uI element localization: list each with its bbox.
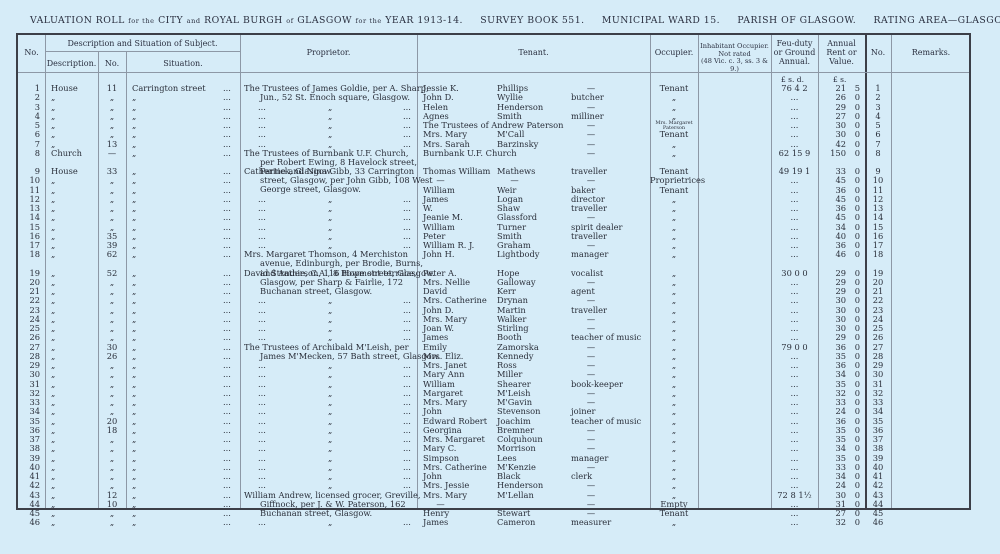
- occupier: „: [650, 213, 698, 222]
- tenant-first-name: Mrs. Jessie: [423, 481, 498, 490]
- entry-number: 2: [18, 93, 40, 102]
- rent-shillings: 0: [848, 149, 860, 158]
- tenant-trade: —: [571, 130, 611, 139]
- situation: „: [132, 463, 222, 472]
- leader-dots: ...: [223, 407, 231, 416]
- table-row: 41„„„JohnBlackclerk„...34041......„...: [18, 472, 973, 481]
- description: „: [51, 435, 96, 444]
- description: „: [51, 296, 96, 305]
- table-row: 44„10„——Empty...31044...: [18, 500, 973, 509]
- entry-number: 10: [18, 176, 40, 185]
- col-header-situation: Situation.: [126, 59, 240, 68]
- situation: „: [132, 176, 222, 185]
- rent-pounds: 24: [818, 407, 846, 416]
- col-header-proprietor: Proprietor.: [240, 48, 417, 57]
- col-header-occupier: Occupier.: [650, 48, 698, 57]
- rule: [18, 72, 969, 73]
- entry-number: 6: [18, 130, 40, 139]
- header-parish: PARISH OF GLASGOW.: [737, 15, 856, 26]
- header-ward: MUNICIPAL WARD 15.: [602, 15, 720, 26]
- occupier: Tenant: [650, 130, 698, 139]
- table-row: 45„„„HenryStewart—Tenant...27045...: [18, 509, 973, 518]
- description: „: [51, 176, 96, 185]
- leader-dots: ...: [258, 518, 266, 527]
- leader-dots: ...: [258, 481, 266, 490]
- occupier: „: [650, 333, 698, 342]
- occupier: „: [650, 296, 698, 305]
- header-word: GLASGOW: [297, 15, 352, 26]
- feu-duty: ...: [771, 93, 818, 102]
- table-row: 22„„„Mrs. CatherineDrynan—„...30022.....…: [18, 296, 973, 305]
- table-row: 11„„„WilliamWeirbakerTenant...36011...: [18, 186, 973, 195]
- rent-pounds: 45: [818, 213, 846, 222]
- tenant-trade: —: [571, 481, 611, 490]
- occupier: „: [650, 444, 698, 453]
- description: „: [51, 518, 96, 527]
- description: „: [51, 472, 96, 481]
- occupier: „: [650, 250, 698, 259]
- header-word: of: [286, 17, 294, 25]
- table-row: 23„„„John D.Martintraveller„...30023....…: [18, 306, 973, 315]
- rent-pounds: 45: [818, 176, 846, 185]
- col-header-feu-line: Feu-duty: [771, 39, 818, 48]
- rent-shillings: 0: [848, 93, 860, 102]
- entry-number-right: 10: [865, 176, 891, 185]
- col-header-no: No.: [18, 48, 45, 57]
- rent-shillings: 0: [848, 370, 860, 379]
- entry-number-right: 26: [865, 333, 891, 342]
- tenant-surname: M'Call: [497, 130, 567, 139]
- description: „: [51, 509, 96, 518]
- situation: „: [132, 130, 222, 139]
- table-row: 18„62„John H.Lightbodymanager„...46018..…: [18, 250, 973, 259]
- description: „: [51, 333, 96, 342]
- description: „: [51, 232, 96, 241]
- proprietor-ditto: „: [328, 333, 332, 342]
- tenant-first-name: John: [423, 407, 498, 416]
- description: „: [51, 241, 96, 250]
- col-header-street-no: No.: [98, 59, 126, 68]
- street-number: „: [100, 444, 124, 453]
- header-year: YEAR 1913-14.: [385, 15, 463, 26]
- proprietor-text: James M'Mecken, 57 Bath street, Glasgow.: [260, 352, 414, 361]
- street-number: „: [100, 407, 124, 416]
- tenant-first-name: Jeanie M.: [423, 213, 498, 222]
- description: House: [51, 84, 96, 93]
- rent-shillings: 0: [848, 213, 860, 222]
- description: „: [51, 444, 96, 453]
- table-row: 26„„„JamesBoothteacher of music„...29026…: [18, 333, 973, 342]
- leader-dots: ...: [223, 130, 231, 139]
- col-header-inhabitant: Inhabitant Occupier. Not rated (48 Vic. …: [698, 43, 771, 73]
- leader-dots: ...: [223, 176, 231, 185]
- leader-dots: ...: [223, 93, 231, 102]
- col-header-feu-line: Annual.: [771, 57, 818, 66]
- description: „: [51, 204, 96, 213]
- proprietor-text: Buchanan street, Glasgow.: [260, 509, 414, 518]
- entry-number-right: 30: [865, 370, 891, 379]
- description: „: [51, 491, 96, 500]
- col-header-remarks: Remarks.: [891, 48, 971, 57]
- situation: „: [132, 149, 222, 158]
- tenant-trade: clerk: [571, 472, 649, 481]
- situation: „: [132, 343, 222, 352]
- situation: „: [132, 324, 222, 333]
- tenant-first-name: John H.: [423, 250, 498, 259]
- tenant-trade: milliner: [571, 112, 649, 121]
- situation: „: [132, 407, 222, 416]
- header-word: CITY: [158, 15, 183, 26]
- feu-duty: ...: [771, 370, 818, 379]
- rent-shillings: 0: [848, 518, 860, 527]
- tenant-surname: —: [497, 176, 532, 185]
- description: House: [51, 167, 96, 176]
- tenant-surname: Drynan: [497, 296, 567, 305]
- situation: „: [132, 398, 222, 407]
- situation: „: [132, 140, 222, 149]
- situation: „: [132, 518, 222, 527]
- leader-dots: ...: [223, 296, 231, 305]
- description: „: [51, 269, 96, 278]
- situation: „: [132, 389, 222, 398]
- leader-dots: ...: [403, 518, 411, 527]
- street-number: „: [100, 93, 124, 102]
- tenant-trade: traveller: [571, 204, 649, 213]
- proprietor-ditto: „: [328, 370, 332, 379]
- description: „: [51, 186, 96, 195]
- table-row: 12„„„JamesLogandirector„...45012......„.…: [18, 195, 973, 204]
- description: „: [51, 93, 96, 102]
- rent-pounds: 26: [818, 93, 846, 102]
- feu-duty: ...: [771, 333, 818, 342]
- valuation-table: No. Description and Situation of Subject…: [16, 33, 971, 510]
- leader-dots: ...: [258, 130, 266, 139]
- feu-duty: ...: [771, 444, 818, 453]
- proprietor-text: Jun., 52 St. Enoch square, Glasgow.: [260, 93, 414, 102]
- table-row: 16„35„PeterSmithtraveller„...40016......…: [18, 232, 973, 241]
- tenant-trade: traveller: [571, 167, 649, 176]
- leader-dots: ...: [223, 518, 231, 527]
- feu-duty: ...: [771, 130, 818, 139]
- table-row: 35„20„Edward RobertJoachimteacher of mus…: [18, 417, 973, 426]
- feu-duty: ...: [771, 296, 818, 305]
- situation: „: [132, 287, 222, 296]
- rent-shillings: 0: [848, 407, 860, 416]
- rule: [45, 51, 240, 52]
- tenant-surname: Mathews: [497, 167, 567, 176]
- entry-number-right: 42: [865, 481, 891, 490]
- table-row: 13„„„W.Shawtraveller„...36013......„...: [18, 204, 973, 213]
- col-header-rent-line: Annual: [818, 39, 865, 48]
- situation: „: [132, 472, 222, 481]
- tenant-surname: Cameron: [497, 518, 567, 527]
- leader-dots: ...: [403, 444, 411, 453]
- table-row: 1House11Carrington streetJessie K.Philli…: [18, 84, 973, 93]
- leader-dots: ...: [223, 370, 231, 379]
- table-row: 39„„„SimpsonLeesmanager„...35039......„.…: [18, 454, 973, 463]
- col-header-feu-duty: Feu-duty or Ground Annual.: [771, 39, 818, 66]
- table-row: 5„„„The Trustees of Andrew Paterson—Mrs.…: [18, 121, 973, 130]
- table-row: 25„„„Joan W.Stirling—„...30025......„...: [18, 324, 973, 333]
- rent-pounds: 30: [818, 130, 846, 139]
- leader-dots: ...: [258, 407, 266, 416]
- tenant-first-name: Mary C.: [423, 444, 498, 453]
- description: „: [51, 352, 96, 361]
- tenant-first-name: James: [423, 518, 498, 527]
- table-row: 14„„„Jeanie M.Glassford—„...45014......„…: [18, 213, 973, 222]
- table-row: 15„„„WilliamTurnerspirit dealer„...34015…: [18, 223, 973, 232]
- description: „: [51, 426, 96, 435]
- description: „: [51, 315, 96, 324]
- tenant-first-name: Mrs. Catherine: [423, 296, 498, 305]
- situation: „: [132, 278, 222, 287]
- description: „: [51, 463, 96, 472]
- table-row: 42„„„Mrs. JessieHenderson—„...24042.....…: [18, 481, 973, 490]
- tenant-first-name: Mary Ann: [423, 370, 498, 379]
- description: „: [51, 398, 96, 407]
- table-row: 30„„„Mary AnnMiller—„...34030......„...: [18, 370, 973, 379]
- description: „: [51, 380, 96, 389]
- rent-pounds: 34: [818, 370, 846, 379]
- table-row: 27„30„EmilyZamorska—„79 0 036027...: [18, 343, 973, 352]
- situation: „: [132, 103, 222, 112]
- description: „: [51, 389, 96, 398]
- leader-dots: ...: [223, 444, 231, 453]
- tenant-surname: Henderson: [497, 481, 567, 490]
- header-word: for the: [355, 17, 381, 25]
- rent-shillings: 0: [848, 333, 860, 342]
- table-row: 17„39„William R. J.Graham—„...36017.....…: [18, 241, 973, 250]
- entry-number: 18: [18, 250, 40, 259]
- street-number: 62: [100, 250, 124, 259]
- col-header-inhabitant-line: (48 Vic. c. 3, ss. 3 & 9.): [698, 58, 771, 73]
- leader-dots: ...: [223, 250, 231, 259]
- description: „: [51, 213, 96, 222]
- table-row: 31„„„WilliamShearerbook-keeper„...35031.…: [18, 380, 973, 389]
- rent-shillings: 0: [848, 296, 860, 305]
- situation: „: [132, 500, 222, 509]
- situation: „: [132, 167, 222, 176]
- leader-dots: ...: [223, 333, 231, 342]
- occupier: „: [650, 407, 698, 416]
- entry-number-right: 22: [865, 296, 891, 305]
- leader-dots: ...: [258, 370, 266, 379]
- entry-number-right: 38: [865, 444, 891, 453]
- situation: Carrington street: [132, 84, 222, 93]
- col-header-description: Description.: [45, 59, 98, 68]
- leader-dots: ...: [223, 213, 231, 222]
- situation: „: [132, 315, 222, 324]
- leader-dots: ...: [223, 481, 231, 490]
- leader-dots: ...: [258, 333, 266, 342]
- entry-number-right: 2: [865, 93, 891, 102]
- tenant-trade: —: [571, 176, 611, 185]
- feu-duty: ...: [771, 481, 818, 490]
- situation: „: [132, 370, 222, 379]
- situation: „: [132, 213, 222, 222]
- proprietor-ditto: „: [328, 407, 332, 416]
- rent-pounds: 32: [818, 518, 846, 527]
- tenant-trade: butcher: [571, 93, 649, 102]
- col-header-annual-rent: Annual Rent or Value.: [818, 39, 865, 66]
- tenant-trade: —: [571, 149, 611, 158]
- tenant-first-name: Thomas William: [423, 167, 498, 176]
- street-number: „: [100, 176, 124, 185]
- occupier: „: [650, 149, 698, 158]
- description: „: [51, 195, 96, 204]
- leader-dots: ...: [403, 370, 411, 379]
- tenant-trade: —: [571, 370, 611, 379]
- occupier: „: [650, 370, 698, 379]
- description: „: [51, 223, 96, 232]
- header-word: ROYAL BURGH: [204, 15, 283, 26]
- feu-duty: ...: [771, 213, 818, 222]
- header-rating-area: RATING AREA—GLASGOW.: [874, 15, 1000, 26]
- description: „: [51, 407, 96, 416]
- tenant-trade: —: [571, 444, 611, 453]
- situation: „: [132, 232, 222, 241]
- table-row: 10„„„———Proprietrices...45010...: [18, 176, 973, 185]
- header-survey-book: SURVEY BOOK 551.: [480, 15, 584, 26]
- leader-dots: ...: [403, 296, 411, 305]
- tenant-surname: Glassford: [497, 213, 567, 222]
- table-row: 24„„„Mrs. MaryWalker—„...30024......„...: [18, 315, 973, 324]
- situation: „: [132, 112, 222, 121]
- entry-number: 22: [18, 296, 40, 305]
- table-row: 19„52„Peter A.Hopevocalist„30 0 029019..…: [18, 269, 973, 278]
- situation: „: [132, 491, 222, 500]
- description: „: [51, 500, 96, 509]
- situation: „: [132, 417, 222, 426]
- proprietor-ditto: „: [328, 481, 332, 490]
- tenant-first-name: James: [423, 195, 498, 204]
- rent-shillings: 0: [848, 250, 860, 259]
- tenant-trade: vocalist: [571, 269, 649, 278]
- rent-pounds: 150: [818, 149, 846, 158]
- valuation-roll-page: VALUATION ROLL for the CITY and ROYAL BU…: [0, 0, 1000, 554]
- street-number: „: [100, 130, 124, 139]
- tenant-first-name: Mrs. Mary: [423, 130, 498, 139]
- leader-dots: ...: [403, 333, 411, 342]
- tenant-trade: —: [571, 213, 611, 222]
- table-row: 20„„„Mrs. NellieGalloway—„...29020...: [18, 278, 973, 287]
- tenant-first-name: James: [423, 333, 498, 342]
- situation: „: [132, 380, 222, 389]
- description: „: [51, 103, 96, 112]
- situation: „: [132, 250, 222, 259]
- description: „: [51, 370, 96, 379]
- col-header-no-right: No.: [865, 48, 891, 57]
- entry-number-right: 46: [865, 518, 891, 527]
- description: „: [51, 417, 96, 426]
- entry-number-right: 34: [865, 407, 891, 416]
- entry-number: 8: [18, 149, 40, 158]
- description: „: [51, 130, 96, 139]
- col-header-description-group: Description and Situation of Subject.: [45, 39, 240, 48]
- occupier: „: [650, 518, 698, 527]
- table-row: 38„„„Mary C.Morrison—„...34038......„...: [18, 444, 973, 453]
- entry-number: 46: [18, 518, 40, 527]
- proprietor-ditto: „: [328, 296, 332, 305]
- tenant-surname: Miller: [497, 370, 567, 379]
- occupier: „: [650, 93, 698, 102]
- proprietor-text: George street, Glasgow.: [260, 185, 414, 194]
- rent-shillings: 0: [848, 176, 860, 185]
- leader-dots: ...: [258, 213, 266, 222]
- proprietor-ditto: „: [328, 444, 332, 453]
- entry-number: 30: [18, 370, 40, 379]
- situation: „: [132, 509, 222, 518]
- col-header-rent-line: Rent or: [818, 48, 865, 57]
- tenant-surname: Morrison: [497, 444, 567, 453]
- table-row: 9House33„Thomas WilliamMathewstravellerT…: [18, 167, 973, 176]
- entry-number-right: 14: [865, 213, 891, 222]
- street-number: „: [100, 370, 124, 379]
- tenant-trade: manager: [571, 250, 649, 259]
- tenant-trade: traveller: [571, 232, 649, 241]
- tenant-surname: Wyllie: [497, 93, 567, 102]
- rent-pounds: 30: [818, 296, 846, 305]
- tenant-trade: measurer: [571, 518, 649, 527]
- entry-number: 34: [18, 407, 40, 416]
- situation: „: [132, 195, 222, 204]
- situation: „: [132, 296, 222, 305]
- situation: „: [132, 93, 222, 102]
- col-header-feu-line: or Ground: [771, 48, 818, 57]
- description: „: [51, 121, 96, 130]
- leader-dots: ...: [403, 213, 411, 222]
- leader-dots: ...: [258, 296, 266, 305]
- tenant-trade: traveller: [571, 306, 649, 315]
- col-header-tenant: Tenant.: [417, 48, 650, 57]
- situation: „: [132, 361, 222, 370]
- street-number: „: [100, 213, 124, 222]
- situation: „: [132, 333, 222, 342]
- situation: „: [132, 444, 222, 453]
- entry-number: 26: [18, 333, 40, 342]
- rent-shillings: 0: [848, 444, 860, 453]
- street-number: —: [100, 149, 124, 158]
- rent-pounds: 24: [818, 481, 846, 490]
- table-row: 40„„„Mrs. CatherineM'Kenzie—„...33040...…: [18, 463, 973, 472]
- feu-duty: 62 15 9: [771, 149, 818, 158]
- tenant-first-name: John D.: [423, 93, 498, 102]
- description: „: [51, 481, 96, 490]
- situation: „: [132, 306, 222, 315]
- street-number: „: [100, 481, 124, 490]
- leader-dots: ...: [258, 444, 266, 453]
- rent-pounds: 29: [818, 333, 846, 342]
- occupier: „: [650, 481, 698, 490]
- table-row: 2„„„John D.Wylliebutcher„...2602...: [18, 93, 973, 102]
- situation: „: [132, 426, 222, 435]
- street-number: „: [100, 518, 124, 527]
- table-row: 28„26„Mrs. Eliz.Kennedy—„...35028...: [18, 352, 973, 361]
- tenant-trade: —: [571, 296, 611, 305]
- entry-number: 14: [18, 213, 40, 222]
- proprietor-text: Buchanan street, Glasgow.: [260, 287, 414, 296]
- tenant-trade: book-keeper: [571, 380, 649, 389]
- col-header-rent-line: Value.: [818, 57, 865, 66]
- tenant-trade: joiner: [571, 407, 649, 416]
- situation: „: [132, 241, 222, 250]
- situation: „: [132, 121, 222, 130]
- table-row: 36„18„GeorginaBremner—„...35036......„..…: [18, 426, 973, 435]
- feu-duty: ...: [771, 250, 818, 259]
- tenant-trade: teacher of music: [571, 417, 649, 426]
- street-number: „: [100, 296, 124, 305]
- tenant-surname: Booth: [497, 333, 567, 342]
